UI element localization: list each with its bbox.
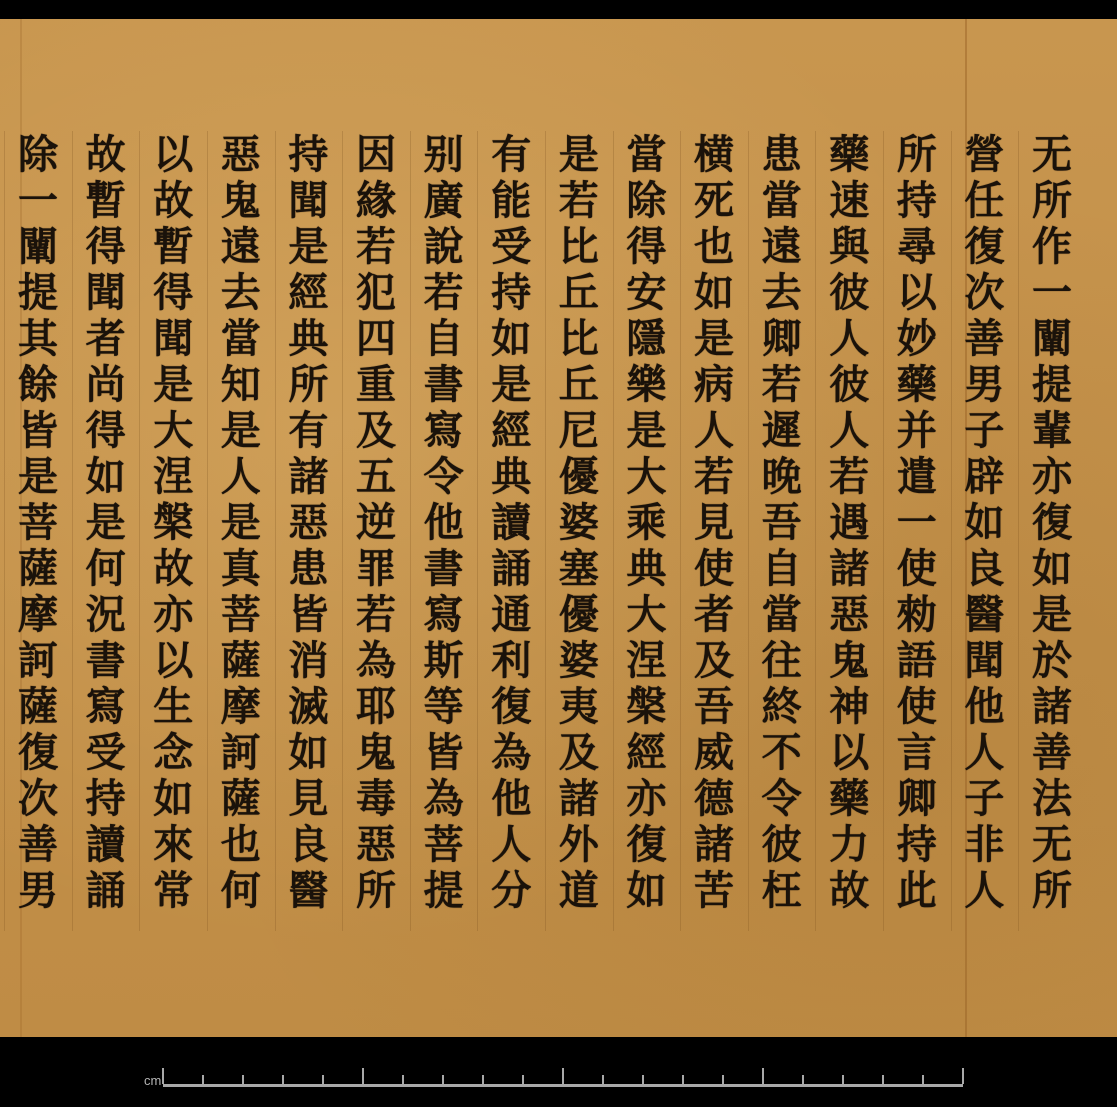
character: 晚: [754, 454, 810, 500]
character: 速: [821, 178, 877, 224]
character: 所: [1024, 868, 1080, 914]
character: 尋: [889, 224, 945, 270]
character: 菩: [10, 500, 66, 546]
character: 是: [78, 500, 134, 546]
column-rule: [275, 131, 276, 931]
column-rule: [410, 131, 411, 931]
column-rule: [342, 131, 343, 931]
character: 故: [821, 868, 877, 914]
character: 生: [145, 684, 201, 730]
character: 尼: [551, 408, 607, 454]
character: 彼: [821, 362, 877, 408]
character: 受: [78, 730, 134, 776]
character: 除: [10, 132, 66, 178]
character: 去: [213, 270, 269, 316]
character: 復: [618, 822, 674, 868]
character: 如: [483, 316, 539, 362]
text-column: 當除得安隱樂是大乘典大涅槃經亦復如: [616, 132, 676, 914]
text-column: 以故暫得聞是大涅槃故亦以生念如來常: [143, 132, 203, 914]
character: 見: [280, 776, 336, 822]
column-rule: [545, 131, 546, 931]
character: 令: [754, 776, 810, 822]
character: 何: [213, 868, 269, 914]
character: 醫: [956, 592, 1012, 638]
character: 遠: [213, 224, 269, 270]
character: 誦: [78, 868, 134, 914]
top-border: [0, 0, 1117, 19]
character: 語: [889, 638, 945, 684]
character: 大: [145, 408, 201, 454]
major-tick: [762, 1068, 764, 1084]
character: 除: [618, 178, 674, 224]
minor-tick: [682, 1075, 684, 1084]
character: 别: [416, 132, 472, 178]
character: 暫: [78, 178, 134, 224]
character: 比: [551, 316, 607, 362]
character: 病: [686, 362, 742, 408]
character: 有: [483, 132, 539, 178]
character: 書: [78, 638, 134, 684]
character: 若: [754, 362, 810, 408]
character: 重: [348, 362, 404, 408]
character: 隱: [618, 316, 674, 362]
character: 復: [10, 730, 66, 776]
character: 道: [551, 868, 607, 914]
character: 一: [1024, 270, 1080, 316]
character: 所: [889, 132, 945, 178]
character: 是: [280, 224, 336, 270]
character: 藥: [821, 776, 877, 822]
character: 神: [821, 684, 877, 730]
character: 是: [483, 362, 539, 408]
character: 若: [348, 224, 404, 270]
minor-tick: [802, 1075, 804, 1084]
character: 往: [754, 638, 810, 684]
character: 經: [280, 270, 336, 316]
character: 是: [145, 362, 201, 408]
character: 典: [280, 316, 336, 362]
character: 人: [213, 454, 269, 500]
text-column: 横死也如是病人若見使者及吾威德諸苦: [684, 132, 744, 914]
character: 此: [889, 868, 945, 914]
character: 以: [145, 132, 201, 178]
character: 自: [754, 546, 810, 592]
character: 何: [78, 546, 134, 592]
text-column: 是若比丘比丘尼優婆塞優婆夷及諸外道: [549, 132, 609, 914]
character: 經: [483, 408, 539, 454]
character: 菩: [416, 822, 472, 868]
character: 五: [348, 454, 404, 500]
character: 有: [280, 408, 336, 454]
character: 子: [956, 776, 1012, 822]
character: 得: [78, 224, 134, 270]
character: 餘: [10, 362, 66, 408]
character: 知: [213, 362, 269, 408]
character: 令: [416, 454, 472, 500]
character: 聞: [145, 316, 201, 362]
character: 作: [1024, 224, 1080, 270]
text-column: 藥速與彼人彼人若遇諸惡鬼神以藥力故: [819, 132, 879, 914]
scale-unit-label: cm: [144, 1074, 161, 1087]
character: 槃: [618, 684, 674, 730]
character: 善: [1024, 730, 1080, 776]
character: 是: [213, 408, 269, 454]
character: 寫: [416, 592, 472, 638]
character: 終: [754, 684, 810, 730]
character: 涅: [145, 454, 201, 500]
character: 諸: [1024, 684, 1080, 730]
character: 提: [1024, 362, 1080, 408]
character: 去: [754, 270, 810, 316]
character: 人: [483, 822, 539, 868]
character: 彼: [821, 270, 877, 316]
character: 不: [754, 730, 810, 776]
manuscript-paper: 无所作一闡提輩亦復如是於諸善法无所營任復次善男子辟如良醫聞他人子非人所持尋以妙藥…: [0, 19, 1117, 1037]
character: 患: [280, 546, 336, 592]
character: 是: [551, 132, 607, 178]
character: 也: [686, 224, 742, 270]
character: 故: [145, 546, 201, 592]
character: 人: [821, 408, 877, 454]
character: 卿: [754, 316, 810, 362]
minor-tick: [402, 1075, 404, 1084]
character: 廣: [416, 178, 472, 224]
character: 持: [889, 178, 945, 224]
character: 若: [551, 178, 607, 224]
character: 丘: [551, 362, 607, 408]
text-column: 所持尋以妙藥并遣一使勑語使言卿持此: [887, 132, 947, 914]
character: 亦: [618, 776, 674, 822]
character: 惡: [821, 592, 877, 638]
character: 持: [889, 822, 945, 868]
character: 提: [10, 270, 66, 316]
character: 涅: [618, 638, 674, 684]
character: 為: [416, 776, 472, 822]
character: 次: [956, 270, 1012, 316]
character: 藥: [889, 362, 945, 408]
character: 人: [956, 730, 1012, 776]
character: 利: [483, 638, 539, 684]
character: 諸: [280, 454, 336, 500]
character: 所: [348, 868, 404, 914]
character: 得: [145, 270, 201, 316]
character: 皆: [416, 730, 472, 776]
character: 良: [956, 546, 1012, 592]
character: 人: [821, 316, 877, 362]
column-rule: [207, 131, 208, 931]
column-rule: [613, 131, 614, 931]
minor-tick: [642, 1075, 644, 1084]
major-tick: [962, 1068, 964, 1084]
character: 婆: [551, 500, 607, 546]
column-rule: [1018, 131, 1019, 931]
character: 當: [754, 178, 810, 224]
character: 持: [78, 776, 134, 822]
text-column: 无所作一闡提輩亦復如是於諸善法无所: [1022, 132, 1082, 914]
major-tick: [362, 1068, 364, 1084]
character: 并: [889, 408, 945, 454]
character: 使: [889, 546, 945, 592]
character: 與: [821, 224, 877, 270]
column-rule: [72, 131, 73, 931]
minor-tick: [722, 1075, 724, 1084]
character: 輩: [1024, 408, 1080, 454]
character: 營: [956, 132, 1012, 178]
character: 是: [686, 316, 742, 362]
character: 使: [686, 546, 742, 592]
minor-tick: [482, 1075, 484, 1084]
character: 緣: [348, 178, 404, 224]
character: 乘: [618, 500, 674, 546]
minor-tick: [242, 1075, 244, 1084]
character: 如: [686, 270, 742, 316]
character: 槃: [145, 500, 201, 546]
character: 法: [1024, 776, 1080, 822]
character: 典: [618, 546, 674, 592]
character: 為: [483, 730, 539, 776]
character: 遣: [889, 454, 945, 500]
character: 无: [1024, 822, 1080, 868]
column-rule: [4, 131, 5, 931]
character: 皆: [280, 592, 336, 638]
character: 如: [618, 868, 674, 914]
character: 次: [10, 776, 66, 822]
character: 男: [10, 868, 66, 914]
character: 卿: [889, 776, 945, 822]
character: 男: [956, 362, 1012, 408]
character: 妙: [889, 316, 945, 362]
character: 訶: [213, 730, 269, 776]
character: 闡: [1024, 316, 1080, 362]
character: 所: [1024, 178, 1080, 224]
character: 念: [145, 730, 201, 776]
character: 丘: [551, 270, 607, 316]
character: 薩: [10, 546, 66, 592]
character: 鬼: [213, 178, 269, 224]
character: 惡: [213, 132, 269, 178]
character: 提: [416, 868, 472, 914]
character: 亦: [145, 592, 201, 638]
major-tick: [162, 1068, 164, 1084]
character: 德: [686, 776, 742, 822]
character: 讀: [483, 500, 539, 546]
character: 以: [145, 638, 201, 684]
character: 人: [956, 868, 1012, 914]
character: 若: [821, 454, 877, 500]
character: 藥: [821, 132, 877, 178]
character: 闡: [10, 224, 66, 270]
character: 如: [280, 730, 336, 776]
character: 持: [483, 270, 539, 316]
character: 苦: [686, 868, 742, 914]
character: 況: [78, 592, 134, 638]
character: 自: [416, 316, 472, 362]
column-rule: [139, 131, 140, 931]
scale-ruler: [163, 1067, 963, 1087]
character: 善: [10, 822, 66, 868]
character: 所: [280, 362, 336, 408]
character: 皆: [10, 408, 66, 454]
character: 滅: [280, 684, 336, 730]
character: 横: [686, 132, 742, 178]
character: 訶: [10, 638, 66, 684]
text-column: 故暫得聞者尚得如是何況書寫受持讀誦: [76, 132, 136, 914]
character: 來: [145, 822, 201, 868]
character: 子: [956, 408, 1012, 454]
character: 力: [821, 822, 877, 868]
minor-tick: [322, 1075, 324, 1084]
text-column: 别廣說若自書寫令他書寫斯等皆為菩提: [414, 132, 474, 914]
character: 毒: [348, 776, 404, 822]
character: 聞: [78, 270, 134, 316]
minor-tick: [922, 1075, 924, 1084]
character: 塞: [551, 546, 607, 592]
character: 患: [754, 132, 810, 178]
character: 善: [956, 316, 1012, 362]
character: 惡: [280, 500, 336, 546]
character: 良: [280, 822, 336, 868]
character: 威: [686, 730, 742, 776]
character: 亦: [1024, 454, 1080, 500]
character: 誦: [483, 546, 539, 592]
character: 如: [1024, 546, 1080, 592]
character: 任: [956, 178, 1012, 224]
character: 暫: [145, 224, 201, 270]
character: 見: [686, 500, 742, 546]
character: 逆: [348, 500, 404, 546]
character: 通: [483, 592, 539, 638]
character: 他: [956, 684, 1012, 730]
column-rule: [748, 131, 749, 931]
character: 常: [145, 868, 201, 914]
character: 優: [551, 592, 607, 638]
character: 婆: [551, 638, 607, 684]
character: 是: [213, 500, 269, 546]
character: 諸: [821, 546, 877, 592]
character: 真: [213, 546, 269, 592]
character: 遲: [754, 408, 810, 454]
character: 菩: [213, 592, 269, 638]
text-column: 患當遠去卿若遲晚吾自當往終不令彼枉: [752, 132, 812, 914]
character: 復: [1024, 500, 1080, 546]
minor-tick: [202, 1075, 204, 1084]
minor-tick: [442, 1075, 444, 1084]
character: 辟: [956, 454, 1012, 500]
character: 寫: [416, 408, 472, 454]
character: 持: [280, 132, 336, 178]
character: 醫: [280, 868, 336, 914]
character: 鬼: [821, 638, 877, 684]
character: 大: [618, 454, 674, 500]
character: 等: [416, 684, 472, 730]
character: 分: [483, 868, 539, 914]
character: 復: [956, 224, 1012, 270]
character: 若: [686, 454, 742, 500]
character: 消: [280, 638, 336, 684]
character: 鬼: [348, 730, 404, 776]
text-column: 惡鬼遠去當知是人是真菩薩摩訶薩也何: [211, 132, 271, 914]
character: 樂: [618, 362, 674, 408]
character: 薩: [213, 638, 269, 684]
character: 如: [956, 500, 1012, 546]
character: 如: [145, 776, 201, 822]
character: 若: [348, 592, 404, 638]
character: 如: [78, 454, 134, 500]
character: 比: [551, 224, 607, 270]
character: 書: [416, 546, 472, 592]
character: 故: [78, 132, 134, 178]
text-column: 持聞是經典所有諸惡患皆消滅如見良醫: [278, 132, 338, 914]
character: 摩: [10, 592, 66, 638]
character: 四: [348, 316, 404, 362]
character: 得: [78, 408, 134, 454]
character: 他: [416, 500, 472, 546]
minor-tick: [282, 1075, 284, 1084]
character: 安: [618, 270, 674, 316]
character: 諸: [551, 776, 607, 822]
character: 言: [889, 730, 945, 776]
character: 犯: [348, 270, 404, 316]
character: 受: [483, 224, 539, 270]
column-rule: [951, 131, 952, 931]
character: 因: [348, 132, 404, 178]
minor-tick: [522, 1075, 524, 1084]
column-rule: [883, 131, 884, 931]
character: 耶: [348, 684, 404, 730]
character: 典: [483, 454, 539, 500]
character: 外: [551, 822, 607, 868]
column-rule: [815, 131, 816, 931]
character: 夷: [551, 684, 607, 730]
character: 薩: [213, 776, 269, 822]
column-rule: [477, 131, 478, 931]
character: 斯: [416, 638, 472, 684]
character: 一: [10, 178, 66, 224]
character: 也: [213, 822, 269, 868]
character: 得: [618, 224, 674, 270]
character: 吾: [754, 500, 810, 546]
character: 使: [889, 684, 945, 730]
character: 當: [754, 592, 810, 638]
character: 他: [483, 776, 539, 822]
character: 惡: [348, 822, 404, 868]
character: 聞: [956, 638, 1012, 684]
major-tick: [562, 1068, 564, 1084]
character: 吾: [686, 684, 742, 730]
character: 聞: [280, 178, 336, 224]
character: 故: [145, 178, 201, 224]
character: 若: [416, 270, 472, 316]
character: 能: [483, 178, 539, 224]
minor-tick: [842, 1075, 844, 1084]
character: 以: [889, 270, 945, 316]
character: 摩: [213, 684, 269, 730]
character: 當: [213, 316, 269, 362]
character: 書: [416, 362, 472, 408]
character: 彼: [754, 822, 810, 868]
character: 勑: [889, 592, 945, 638]
text-column: 除一闡提其餘皆是菩薩摩訶薩復次善男: [8, 132, 68, 914]
character: 是: [10, 454, 66, 500]
character: 死: [686, 178, 742, 224]
character: 於: [1024, 638, 1080, 684]
character: 及: [686, 638, 742, 684]
character: 遇: [821, 500, 877, 546]
character: 一: [889, 500, 945, 546]
character: 枉: [754, 868, 810, 914]
character: 經: [618, 730, 674, 776]
character: 及: [348, 408, 404, 454]
